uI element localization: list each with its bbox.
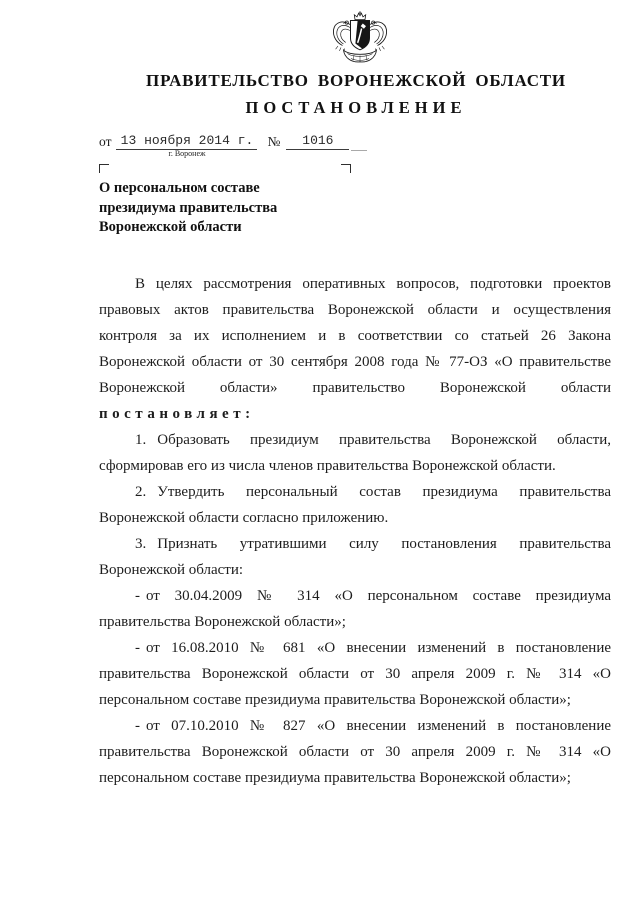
subject-line: Воронежской области <box>99 218 369 238</box>
number-field: 1016 <box>286 132 349 150</box>
dash-marker: - <box>135 718 140 734</box>
item-text: от 30.04.2009 № 314 «О персональном сост… <box>99 588 611 630</box>
dash-marker: - <box>135 588 140 604</box>
intro-paragraph: В целях рассмотрения оперативных вопросо… <box>99 271 611 427</box>
item-number: 3. <box>135 536 146 552</box>
list-item: 1.Образовать президиум правительства Вор… <box>99 427 611 479</box>
list-item-dash: -от 07.10.2010 № 827 «О внесении изменен… <box>99 713 611 791</box>
coat-of-arms-icon <box>330 11 390 69</box>
date-prefix-label: от <box>99 133 111 150</box>
date-field: 13 ноября 2014 г. г. Воронеж <box>116 132 257 150</box>
blank-underline <box>351 149 367 151</box>
item-number: 2. <box>135 484 146 500</box>
item-number: 1. <box>135 432 146 448</box>
dash-marker: - <box>135 640 140 656</box>
document-body: В целях рассмотрения оперативных вопросо… <box>99 271 611 791</box>
doc-type-title: ПОСТАНОВЛЕНИЕ <box>99 98 613 118</box>
date-value: 13 ноября 2014 г. <box>121 133 254 148</box>
org-name: ПРАВИТЕЛЬСТВО ВОРОНЕЖСКОЙ ОБЛАСТИ <box>99 71 613 91</box>
corner-mark-left <box>99 164 109 173</box>
resolves-label: постановляет: <box>99 406 255 422</box>
list-item-dash: -от 30.04.2009 № 314 «О персональном сос… <box>99 583 611 635</box>
list-item: 2.Утвердить персональный состав президиу… <box>99 479 611 531</box>
item-text: Признать утратившими силу постановления … <box>99 536 611 578</box>
item-text: от 07.10.2010 № 827 «О внесении изменени… <box>99 718 611 786</box>
list-item: 3.Признать утратившими силу постановлени… <box>99 531 611 583</box>
subject-line: президиума правительства <box>99 199 369 219</box>
document-page: ПРАВИТЕЛЬСТВО ВОРОНЕЖСКОЙ ОБЛАСТИ ПОСТАН… <box>0 0 640 905</box>
place-label: г. Воронеж <box>168 150 205 158</box>
number-value: 1016 <box>302 133 333 148</box>
item-text: Утвердить персональный состав президиума… <box>99 484 611 526</box>
item-text: от 16.08.2010 № 681 «О внесении изменени… <box>99 640 611 708</box>
item-text: Образовать президиум правительства Ворон… <box>99 432 611 474</box>
subject-title: О персональном составе президиума правит… <box>99 179 369 238</box>
list-item-dash: -от 16.08.2010 № 681 «О внесении изменен… <box>99 635 611 713</box>
subject-line: О персональном составе <box>99 179 369 199</box>
dateline: от 13 ноября 2014 г. г. Воронеж № 1016 <box>99 132 367 150</box>
number-sign: № <box>267 133 280 150</box>
corner-mark-right <box>341 164 351 173</box>
